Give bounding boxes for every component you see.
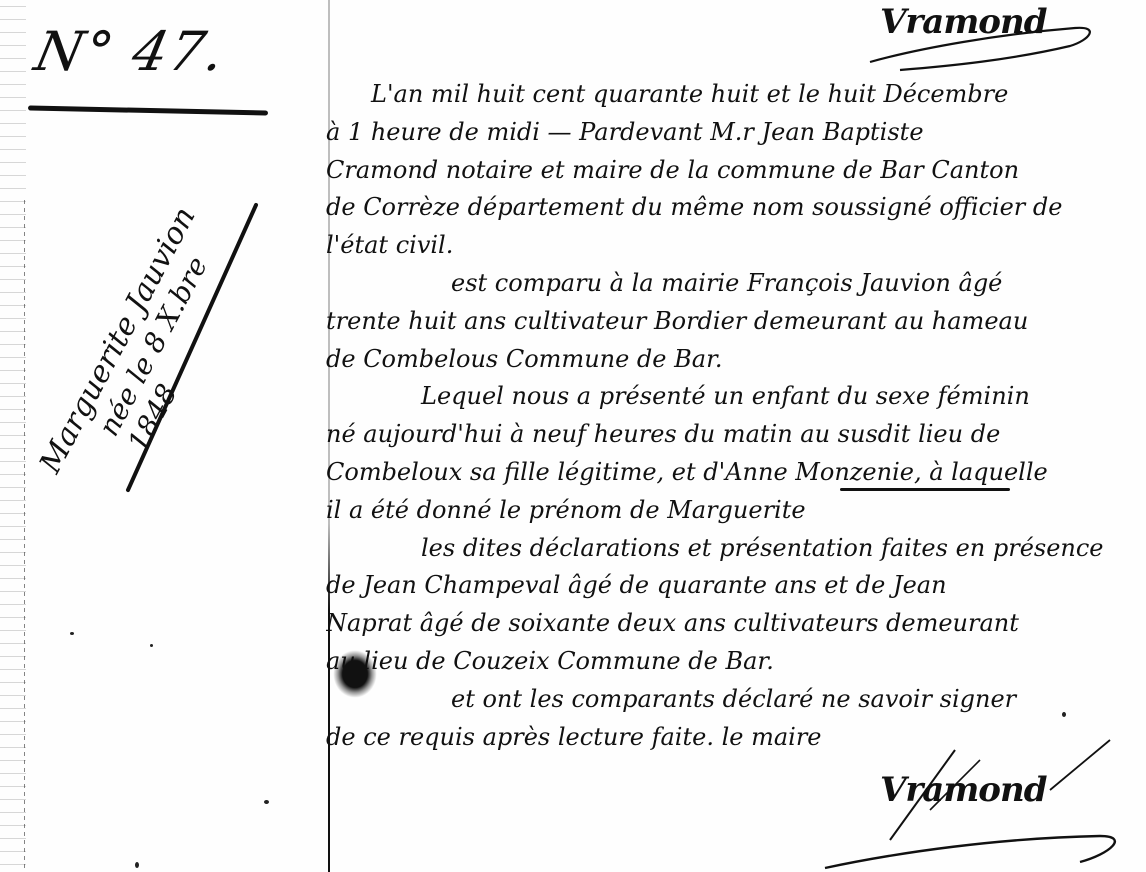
body-line-text: au lieu de Couzeix Commune de Bar. — [326, 647, 774, 675]
body-line-text: les dites déclarations et présentation f… — [421, 534, 1104, 562]
signature-top: Vramond — [860, 0, 1100, 72]
body-line-1: L'an mil huit cent quarante huit et le h… — [326, 76, 1142, 114]
ink-speck — [264, 800, 269, 804]
body-line-14: de Jean Champeval âgé de quarante ans et… — [326, 567, 1142, 605]
body-line-16: au lieu de Couzeix Commune de Bar. — [326, 643, 1142, 681]
ink-blot — [333, 650, 377, 698]
ink-speck — [70, 632, 74, 635]
body-line-15: Naprat âgé de soixante deux ans cultivat… — [326, 605, 1142, 643]
body-line-text: de Combelous Commune de Bar. — [326, 345, 723, 373]
body-line-text: Lequel nous a présenté un enfant du sexe… — [421, 382, 1030, 410]
body-line-text: de ce requis après lecture faite. le mai… — [326, 723, 822, 751]
body-line-text: de Jean Champeval âgé de quarante ans et… — [326, 571, 947, 599]
ink-speck — [150, 644, 153, 647]
margin-annotation-rule — [0, 0, 330, 872]
body-line-text: à 1 heure de midi — Pardevant M.r Jean B… — [326, 118, 924, 146]
ink-speck — [1062, 712, 1066, 717]
signature-flourish-icon — [860, 0, 1100, 72]
body-line-3: Cramond notaire et maire de la commune d… — [326, 152, 1142, 190]
body-line-8: de Combelous Commune de Bar. — [326, 341, 1142, 379]
body-line-text: et ont les comparants déclaré ne savoir … — [451, 685, 1016, 713]
body-line-10: né aujourd'hui à neuf heures du matin au… — [326, 416, 1142, 454]
body-line-17: et ont les comparants déclaré ne savoir … — [326, 681, 1142, 719]
body-line-text: Naprat âgé de soixante deux ans cultivat… — [326, 609, 1019, 637]
body-line-text: l'état civil. — [326, 231, 453, 259]
body-line-text: Combeloux sa fille légitime, et d'Anne M… — [326, 458, 1048, 486]
register-page: N° 47. Marguerite Jauvion née le 8 X.bre… — [0, 0, 1146, 872]
child-name-underline — [840, 488, 1010, 491]
record-body: L'an mil huit cent quarante huit et le h… — [326, 76, 1142, 756]
body-line-9: Lequel nous a présenté un enfant du sexe… — [326, 378, 1142, 416]
body-line-text: né aujourd'hui à neuf heures du matin au… — [326, 420, 1000, 448]
body-line-text: trente huit ans cultivateur Bordier deme… — [326, 307, 1028, 335]
body-line-text: il a été donné le prénom de Marguerite — [326, 496, 806, 524]
body-line-text: est comparu à la mairie François Jauvion… — [451, 269, 1002, 297]
body-line-text: Cramond notaire et maire de la commune d… — [326, 156, 1019, 184]
body-line-13: les dites déclarations et présentation f… — [326, 530, 1142, 568]
body-line-4: de Corrèze département du même nom souss… — [326, 189, 1142, 227]
signature-flourish-icon — [820, 730, 1120, 870]
body-line-text: de Corrèze département du même nom souss… — [326, 193, 1062, 221]
body-line-11: Combeloux sa fille légitime, et d'Anne M… — [326, 454, 1142, 492]
ink-speck — [135, 862, 139, 868]
body-line-6: est comparu à la mairie François Jauvion… — [326, 265, 1142, 303]
signature-bottom: Vramond — [820, 730, 1120, 870]
body-line-5: l'état civil. — [326, 227, 1142, 265]
body-line-text: L'an mil huit cent quarante huit et le h… — [371, 80, 1008, 108]
body-line-12: il a été donné le prénom de Marguerite — [326, 492, 1142, 530]
body-line-7: trente huit ans cultivateur Bordier deme… — [326, 303, 1142, 341]
body-line-2: à 1 heure de midi — Pardevant M.r Jean B… — [326, 114, 1142, 152]
